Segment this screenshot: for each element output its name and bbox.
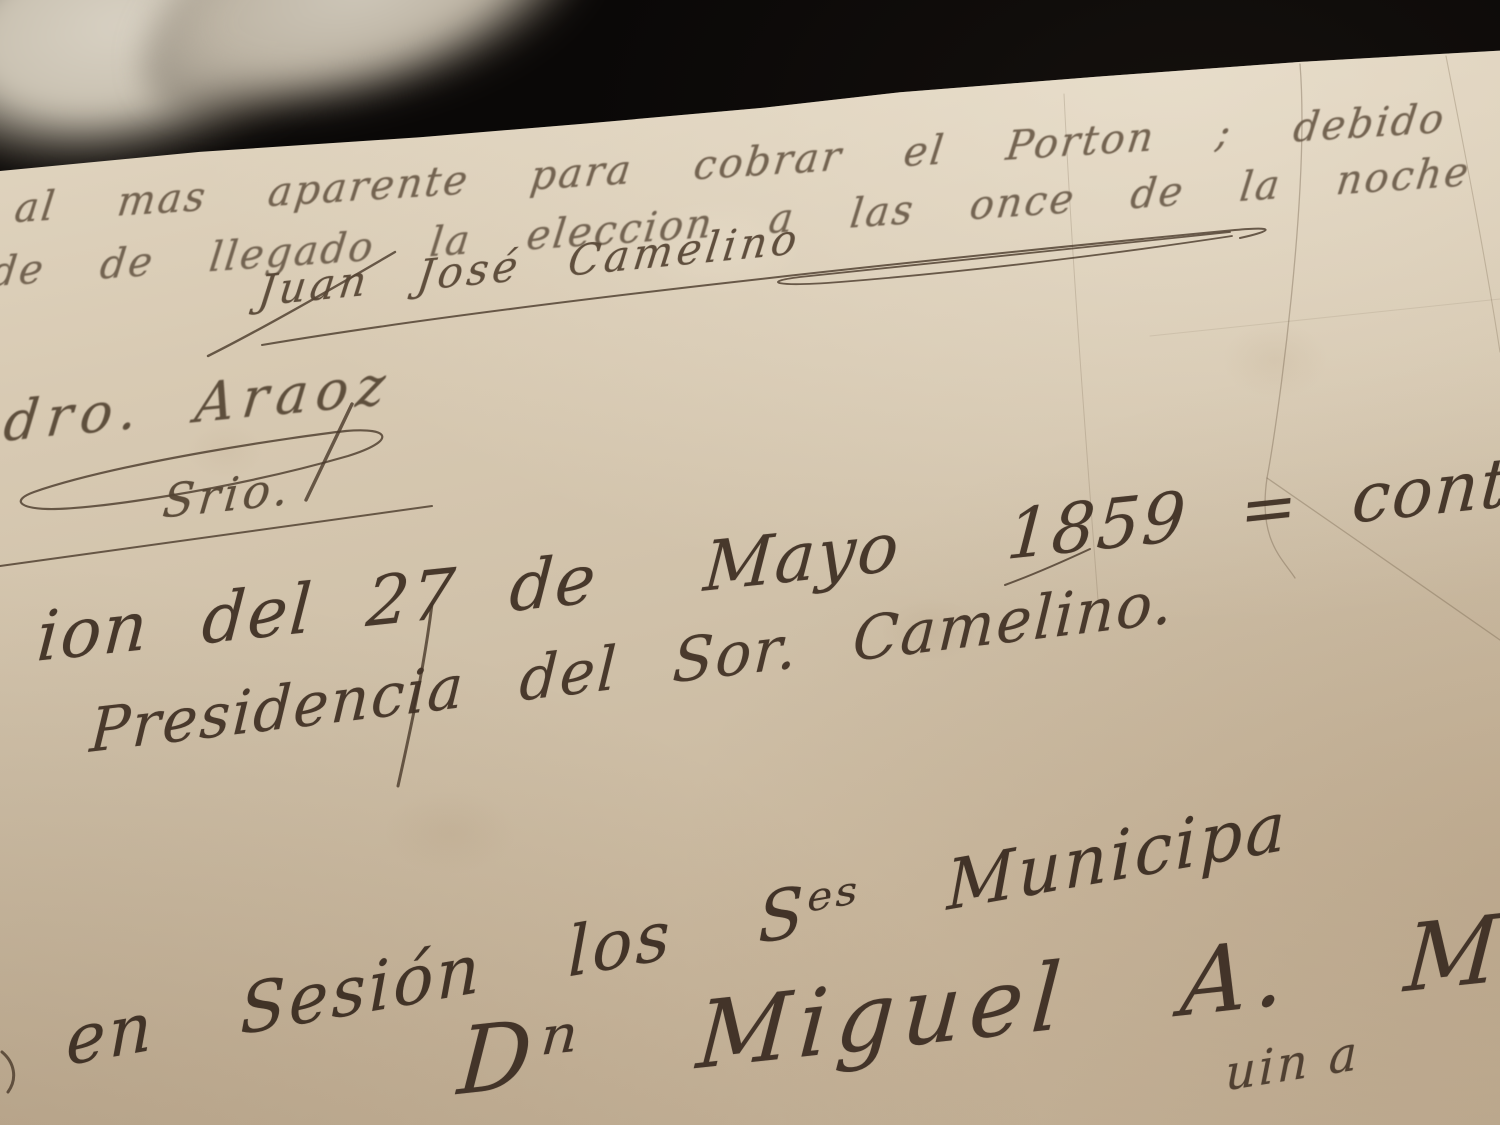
manuscript-page: al mas aparente para cobrar el Porton ; … [0, 0, 1500, 1125]
manuscript-photo: al mas aparente para cobrar el Porton ; … [0, 0, 1500, 1125]
edge-cut-letter-stroke [2, 1052, 14, 1092]
camelino-signature-loop [778, 232, 1232, 284]
